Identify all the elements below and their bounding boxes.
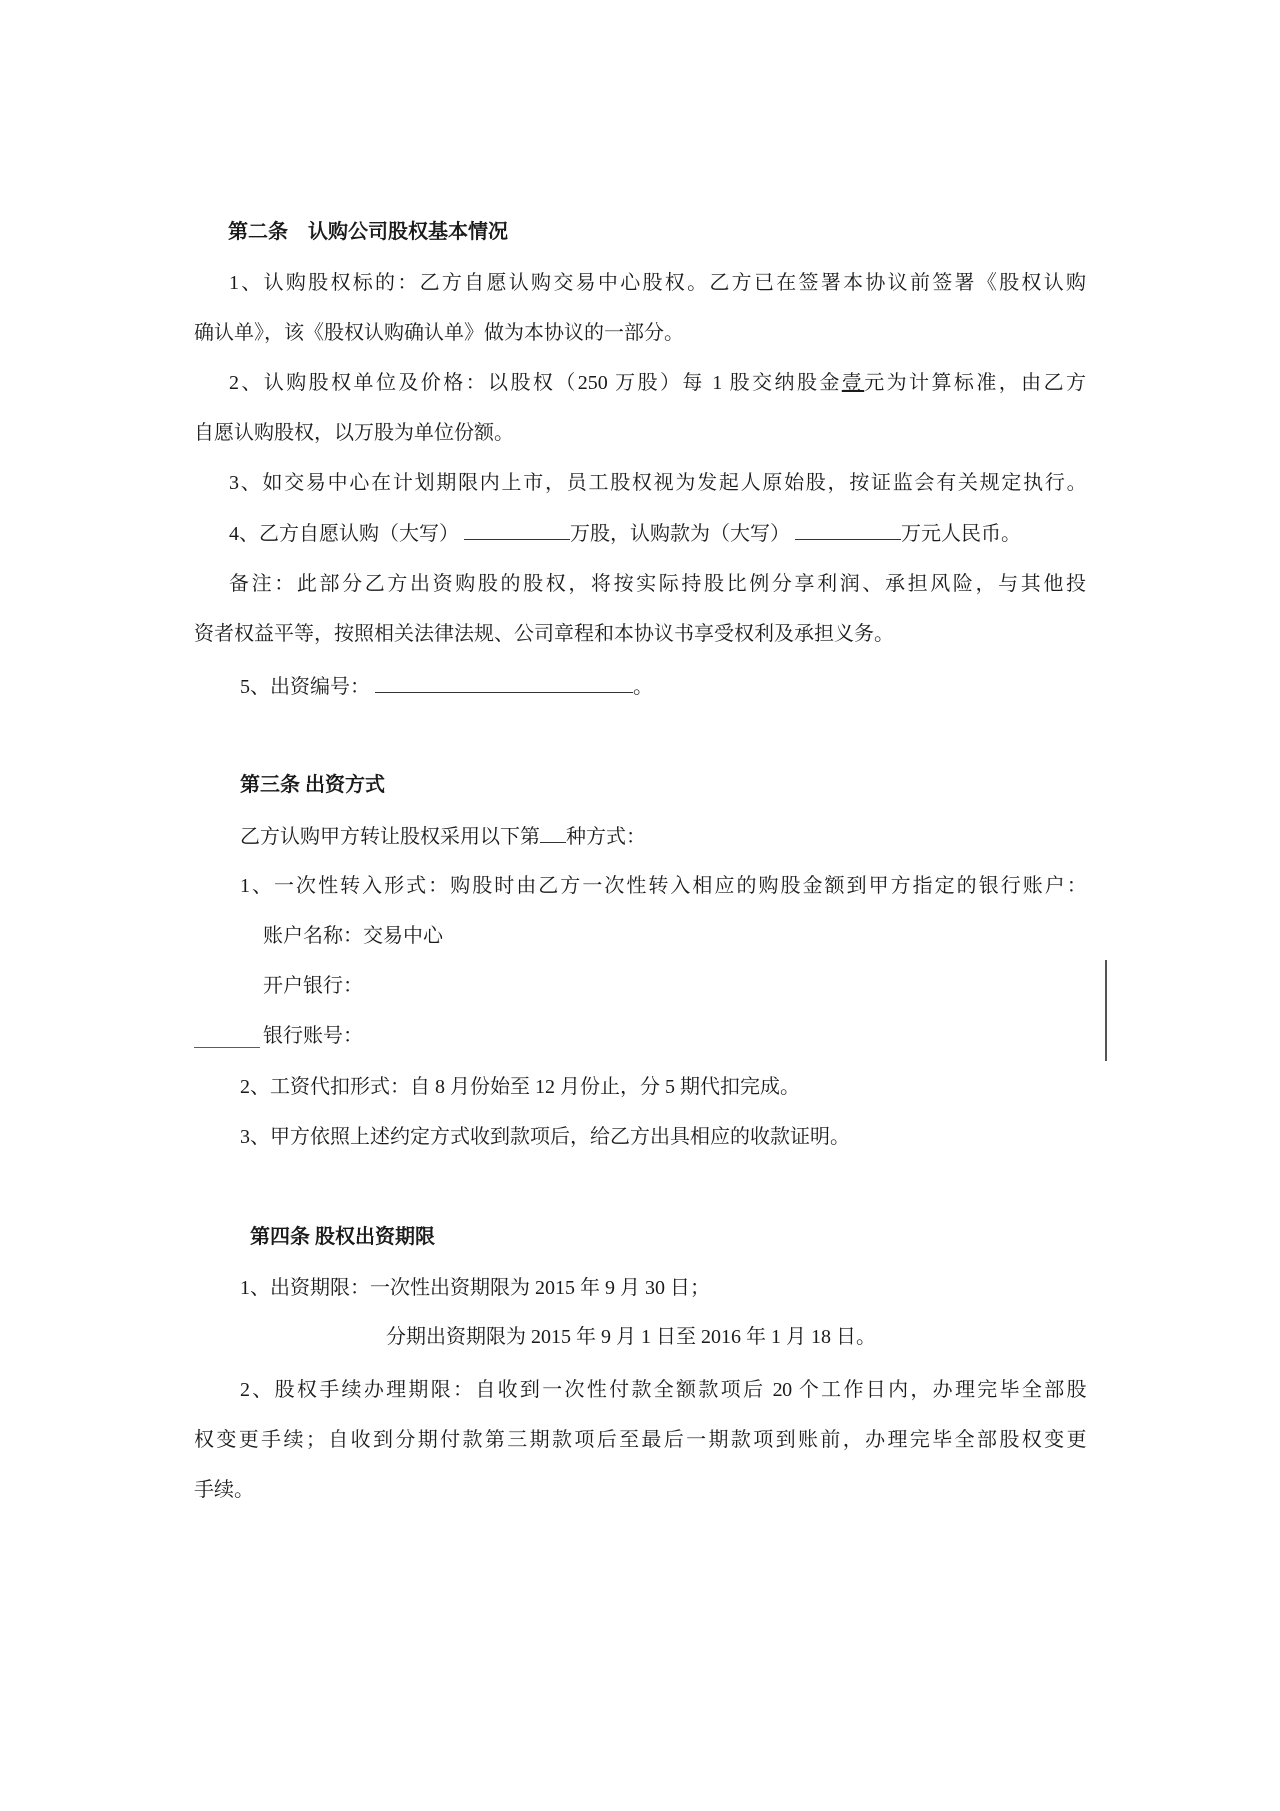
article2-item2-line1: 2、认购股权单位及价格：以股权（250 万股）每 1 股交纳股金壹元为计算标准，…: [229, 369, 1086, 397]
contribution-number-blank[interactable]: [375, 672, 633, 693]
item2-underlined-amount: 壹: [842, 372, 864, 394]
article3-intro: 乙方认购甲方转让股权采用以下第种方式：: [240, 822, 646, 850]
intro-text-b: 种方式：: [566, 826, 646, 848]
item4-text-a: 4、乙方自愿认购（大写）: [229, 523, 459, 545]
intro-text-a: 乙方认购甲方转让股权采用以下第: [240, 826, 540, 848]
item4-text-c: 万元人民币。: [901, 523, 1021, 545]
article4-item2-line1: 2、股权手续办理期限：自收到一次性付款全额款项后 20 个工作日内，办理完毕全部…: [240, 1376, 1086, 1404]
article4-item1-line1: 1、出资期限：一次性出资期限为 2015 年 9 月 30 日；: [240, 1274, 710, 1302]
article2-item1-line2: 确认单》，该《股权认购确认单》做为本协议的一部分。: [194, 319, 684, 347]
article4-item2-line2: 权变更手续；自收到分期付款第三期款项后至最后一期款项到账前，办理完毕全部股权变更: [194, 1426, 1086, 1454]
article2-item4: 4、乙方自愿认购（大写） 万股，认购款为（大写） 万元人民币。: [229, 519, 1021, 547]
article2-item5: 5、出资编号： 。: [240, 672, 653, 700]
item4-text-b: 万股，认购款为（大写）: [570, 523, 790, 545]
account-number: 银行账号：: [263, 1022, 363, 1050]
article3-heading: 第三条 出资方式: [240, 771, 385, 799]
article4-heading: 第四条 股权出资期限: [250, 1223, 435, 1251]
article2-item1-line1: 1、认购股权标的：乙方自愿认购交易中心股权。乙方已在签署本协议前签署《股权认购: [229, 269, 1086, 297]
shares-amount-blank[interactable]: [464, 519, 570, 540]
article2-note-line1: 备注：此部分乙方出资购股的股权，将按实际持股比例分享利润、承担风险，与其他投: [229, 570, 1086, 598]
method-choice-blank[interactable]: [540, 822, 566, 843]
article3-item2: 2、工资代扣形式：自 8 月份始至 12 月份止，分 5 期代扣完成。: [240, 1073, 800, 1101]
document-page: 第二条 认购公司股权基本情况 1、认购股权标的：乙方自愿认购交易中心股权。乙方已…: [0, 0, 1280, 1811]
payment-amount-blank[interactable]: [795, 519, 901, 540]
article3-item3: 3、甲方依照上述约定方式收到款项后，给乙方出具相应的收款证明。: [240, 1123, 850, 1151]
item5-end: 。: [633, 676, 653, 698]
item2-text-a: 2、认购股权单位及价格：以股权（250 万股）每 1 股交纳股金: [229, 372, 842, 394]
article2-item2-line2: 自愿认购股权，以万股为单位份额。: [194, 419, 514, 447]
article4-item2-line3: 手续。: [194, 1476, 254, 1504]
article2-note-line2: 资者权益平等，按照相关法律法规、公司章程和本协议书享受权利及承担义务。: [194, 620, 894, 648]
item2-text-b: 元为计算标准，由乙方: [864, 372, 1086, 394]
account-name: 账户名称：交易中心: [263, 922, 443, 950]
article2-heading: 第二条 认购公司股权基本情况: [228, 218, 508, 246]
article4-item1-line2: 分期出资期限为 2015 年 9 月 1 日至 2016 年 1 月 18 日。: [386, 1323, 876, 1351]
opening-bank: 开户银行：: [263, 972, 363, 1000]
tracked-change-underline: [194, 1047, 260, 1048]
change-bar-marker: [1105, 960, 1107, 1061]
article3-item1: 1、一次性转入形式：购股时由乙方一次性转入相应的购股金额到甲方指定的银行账户：: [240, 872, 1086, 900]
article2-item3: 3、如交易中心在计划期限内上市，员工股权视为发起人原始股，按证监会有关规定执行。: [229, 469, 1086, 497]
item5-label: 5、出资编号：: [240, 676, 370, 698]
